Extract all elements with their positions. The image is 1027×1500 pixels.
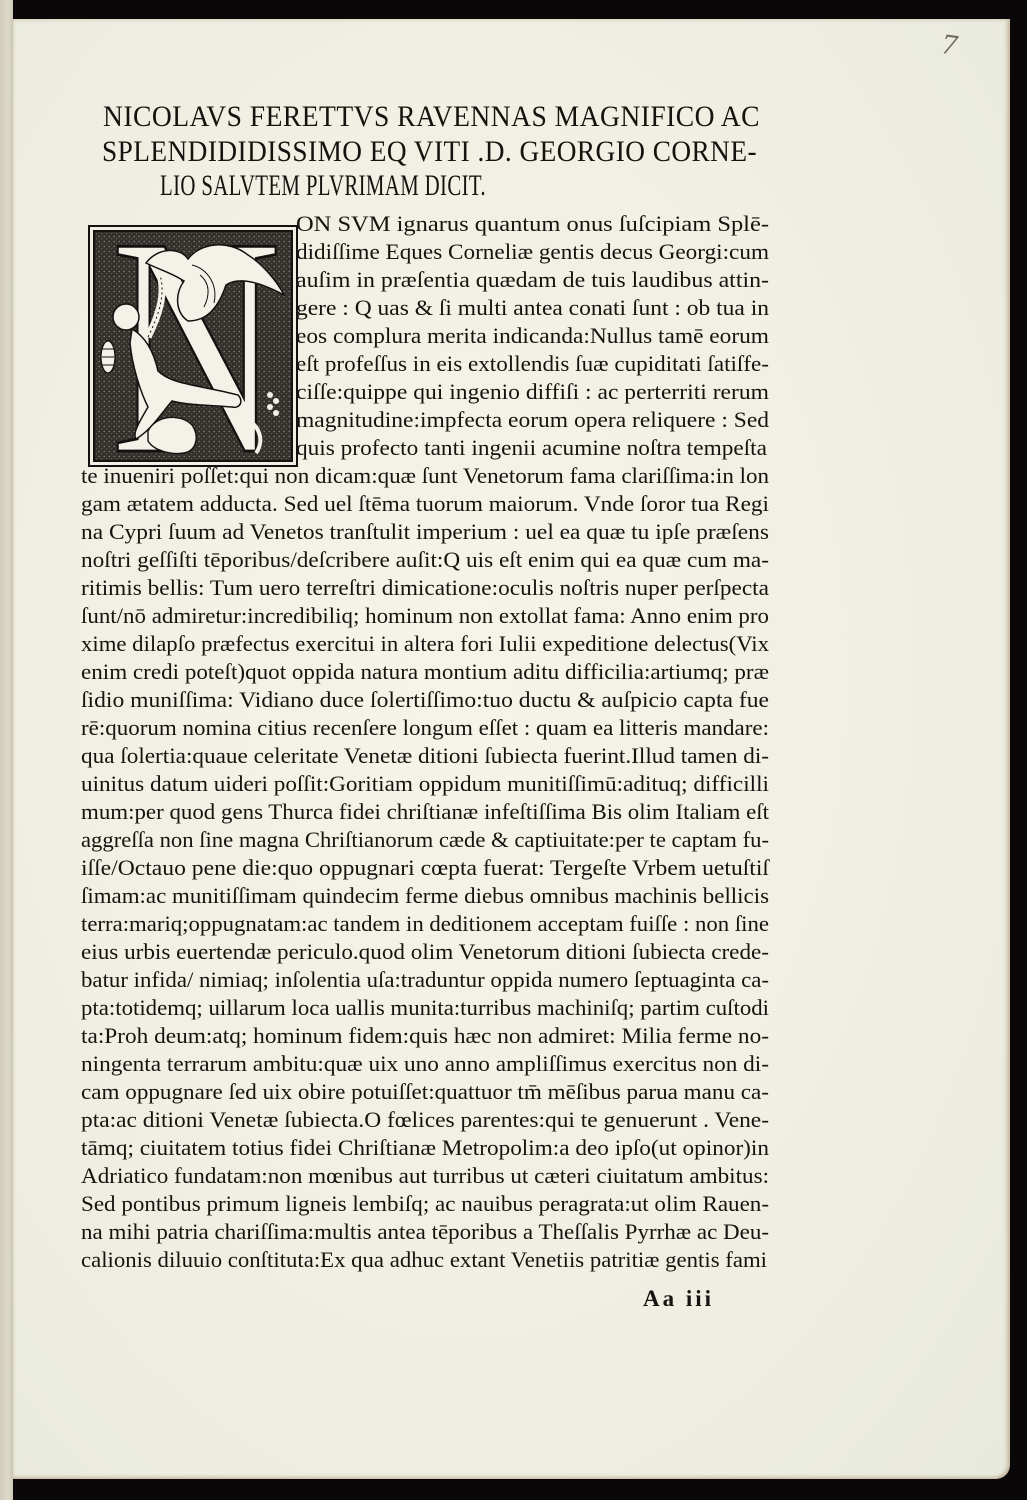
text-line: noſtri geſſiſti tēporibus/deſcribere auſ… (81, 546, 769, 574)
text-line: Adriatico fundatam:non mœnibus aut turri… (81, 1162, 769, 1190)
text-line: ta:Proh deum:atq; hominum fidem:quis hæc… (81, 1022, 769, 1050)
text-line: ſimam:ac munitiſſimam quindecim ferme di… (81, 882, 769, 910)
text-line: cam oppugnare ſed uix obire potuiſſet:qu… (81, 1078, 769, 1106)
text-body: te inueniri poſſet:qui non dicam:quæ ſun… (81, 462, 769, 1274)
text-line: pta:totidemq; uillarum loca uallis munit… (81, 994, 769, 1022)
text-line: xime dilapſo præfectus exercitui in alte… (81, 630, 769, 658)
text-line: gam ætatem adducta. Sed uel ſtēma tuorum… (81, 490, 769, 518)
text-line: auſim in præſentia quædam de tuis laudib… (296, 266, 769, 294)
text-line: quis profecto tanti ingenii acumine noſt… (296, 434, 769, 462)
text-line: aggreſſa non ſine magna Chriſtianorum cæ… (81, 826, 769, 854)
text-line: terra:mariq;oppugnatam:ac tandem in dedi… (81, 910, 769, 938)
text-line: tāmq; ciuitatem totius fidei Chriſtianæ … (81, 1134, 769, 1162)
decorated-initial: N (88, 225, 298, 467)
text-line: iſſe/Octauo pene die:quo oppugnari cœpta… (81, 854, 769, 882)
text-line: Sed pontibus primum ligneis lembiſq; ac … (81, 1190, 769, 1218)
binding-edge (0, 0, 13, 1500)
page-signature: Aa iii (643, 1286, 714, 1312)
text-line: ON SVM ignarus quantum onus ſuſcipiam Sp… (296, 210, 769, 238)
text-line: calionis diluuio conſtituta:Ex qua adhuc… (81, 1246, 769, 1274)
heading-line: SPLENDIDIDISSIMO EQ VITI .D. GEORGIO COR… (102, 134, 822, 169)
text-line: ningenta terrarum ambitu:quæ uix uno ann… (81, 1050, 769, 1078)
text-line: pta:ac ditioni Venetæ ſubiecta.O fœlices… (81, 1106, 769, 1134)
text-line: ritimis bellis: Tum uero terreſtri dimic… (81, 574, 769, 602)
text-line: rē:quorum nomina citius recenſere longum… (81, 714, 769, 742)
pencil-folio-mark: 7 (939, 30, 960, 62)
woodcut-initial-n-icon: N (88, 225, 298, 467)
text-line: ſunt/nō admiretur:incredibiliq; hominum … (81, 602, 769, 630)
text-line: gere : Q uas & ſi multi antea conati ſun… (296, 294, 769, 322)
text-line: magnitudine:impfecta eorum opera relique… (296, 406, 769, 434)
text-line: ſidio muniſſima: Vidiano duce ſolertiſſi… (81, 686, 769, 714)
heading-line: LIO SALVTEM PLVRIMAM DICIT. (160, 168, 629, 203)
text-line: ciſſe:quippe qui ingenio diffiſi : ac pe… (296, 378, 769, 406)
text-line: na Cypri ſuum ad Venetos tranſtulit impe… (81, 518, 769, 546)
text-line: batur infida/ nimiaq; inſolentia uſa:tra… (81, 966, 769, 994)
text-beside-initial: ON SVM ignarus quantum onus ſuſcipiam Sp… (296, 210, 769, 462)
text-line: eius urbis euertendæ periculo.quod olim … (81, 938, 769, 966)
text-line: uinitus datum uideri poſſit:Goritiam opp… (81, 770, 769, 798)
text-line: na mihi patria chariſſima:multis antea t… (81, 1218, 769, 1246)
text-line: mum:per quod gens Thurca fidei chriſtian… (81, 798, 769, 826)
text-line: didiſſime Eques Corneliæ gentis decus Ge… (296, 238, 769, 266)
text-line: eos complura merita indicanda:Nullus tam… (296, 322, 769, 350)
text-line: qua ſolertia:quaue celeritate Venetæ dit… (81, 742, 769, 770)
heading-line: NICOLAVS FERETTVS RAVENNAS MAGNIFICO AC (103, 99, 818, 134)
text-line: te inueniri poſſet:qui non dicam:quæ ſun… (81, 462, 769, 490)
text-line: enim credi poteſt)quot oppida natura mon… (81, 658, 769, 686)
text-line: eſt profeſſus in eis extollendis ſuæ cup… (296, 350, 769, 378)
